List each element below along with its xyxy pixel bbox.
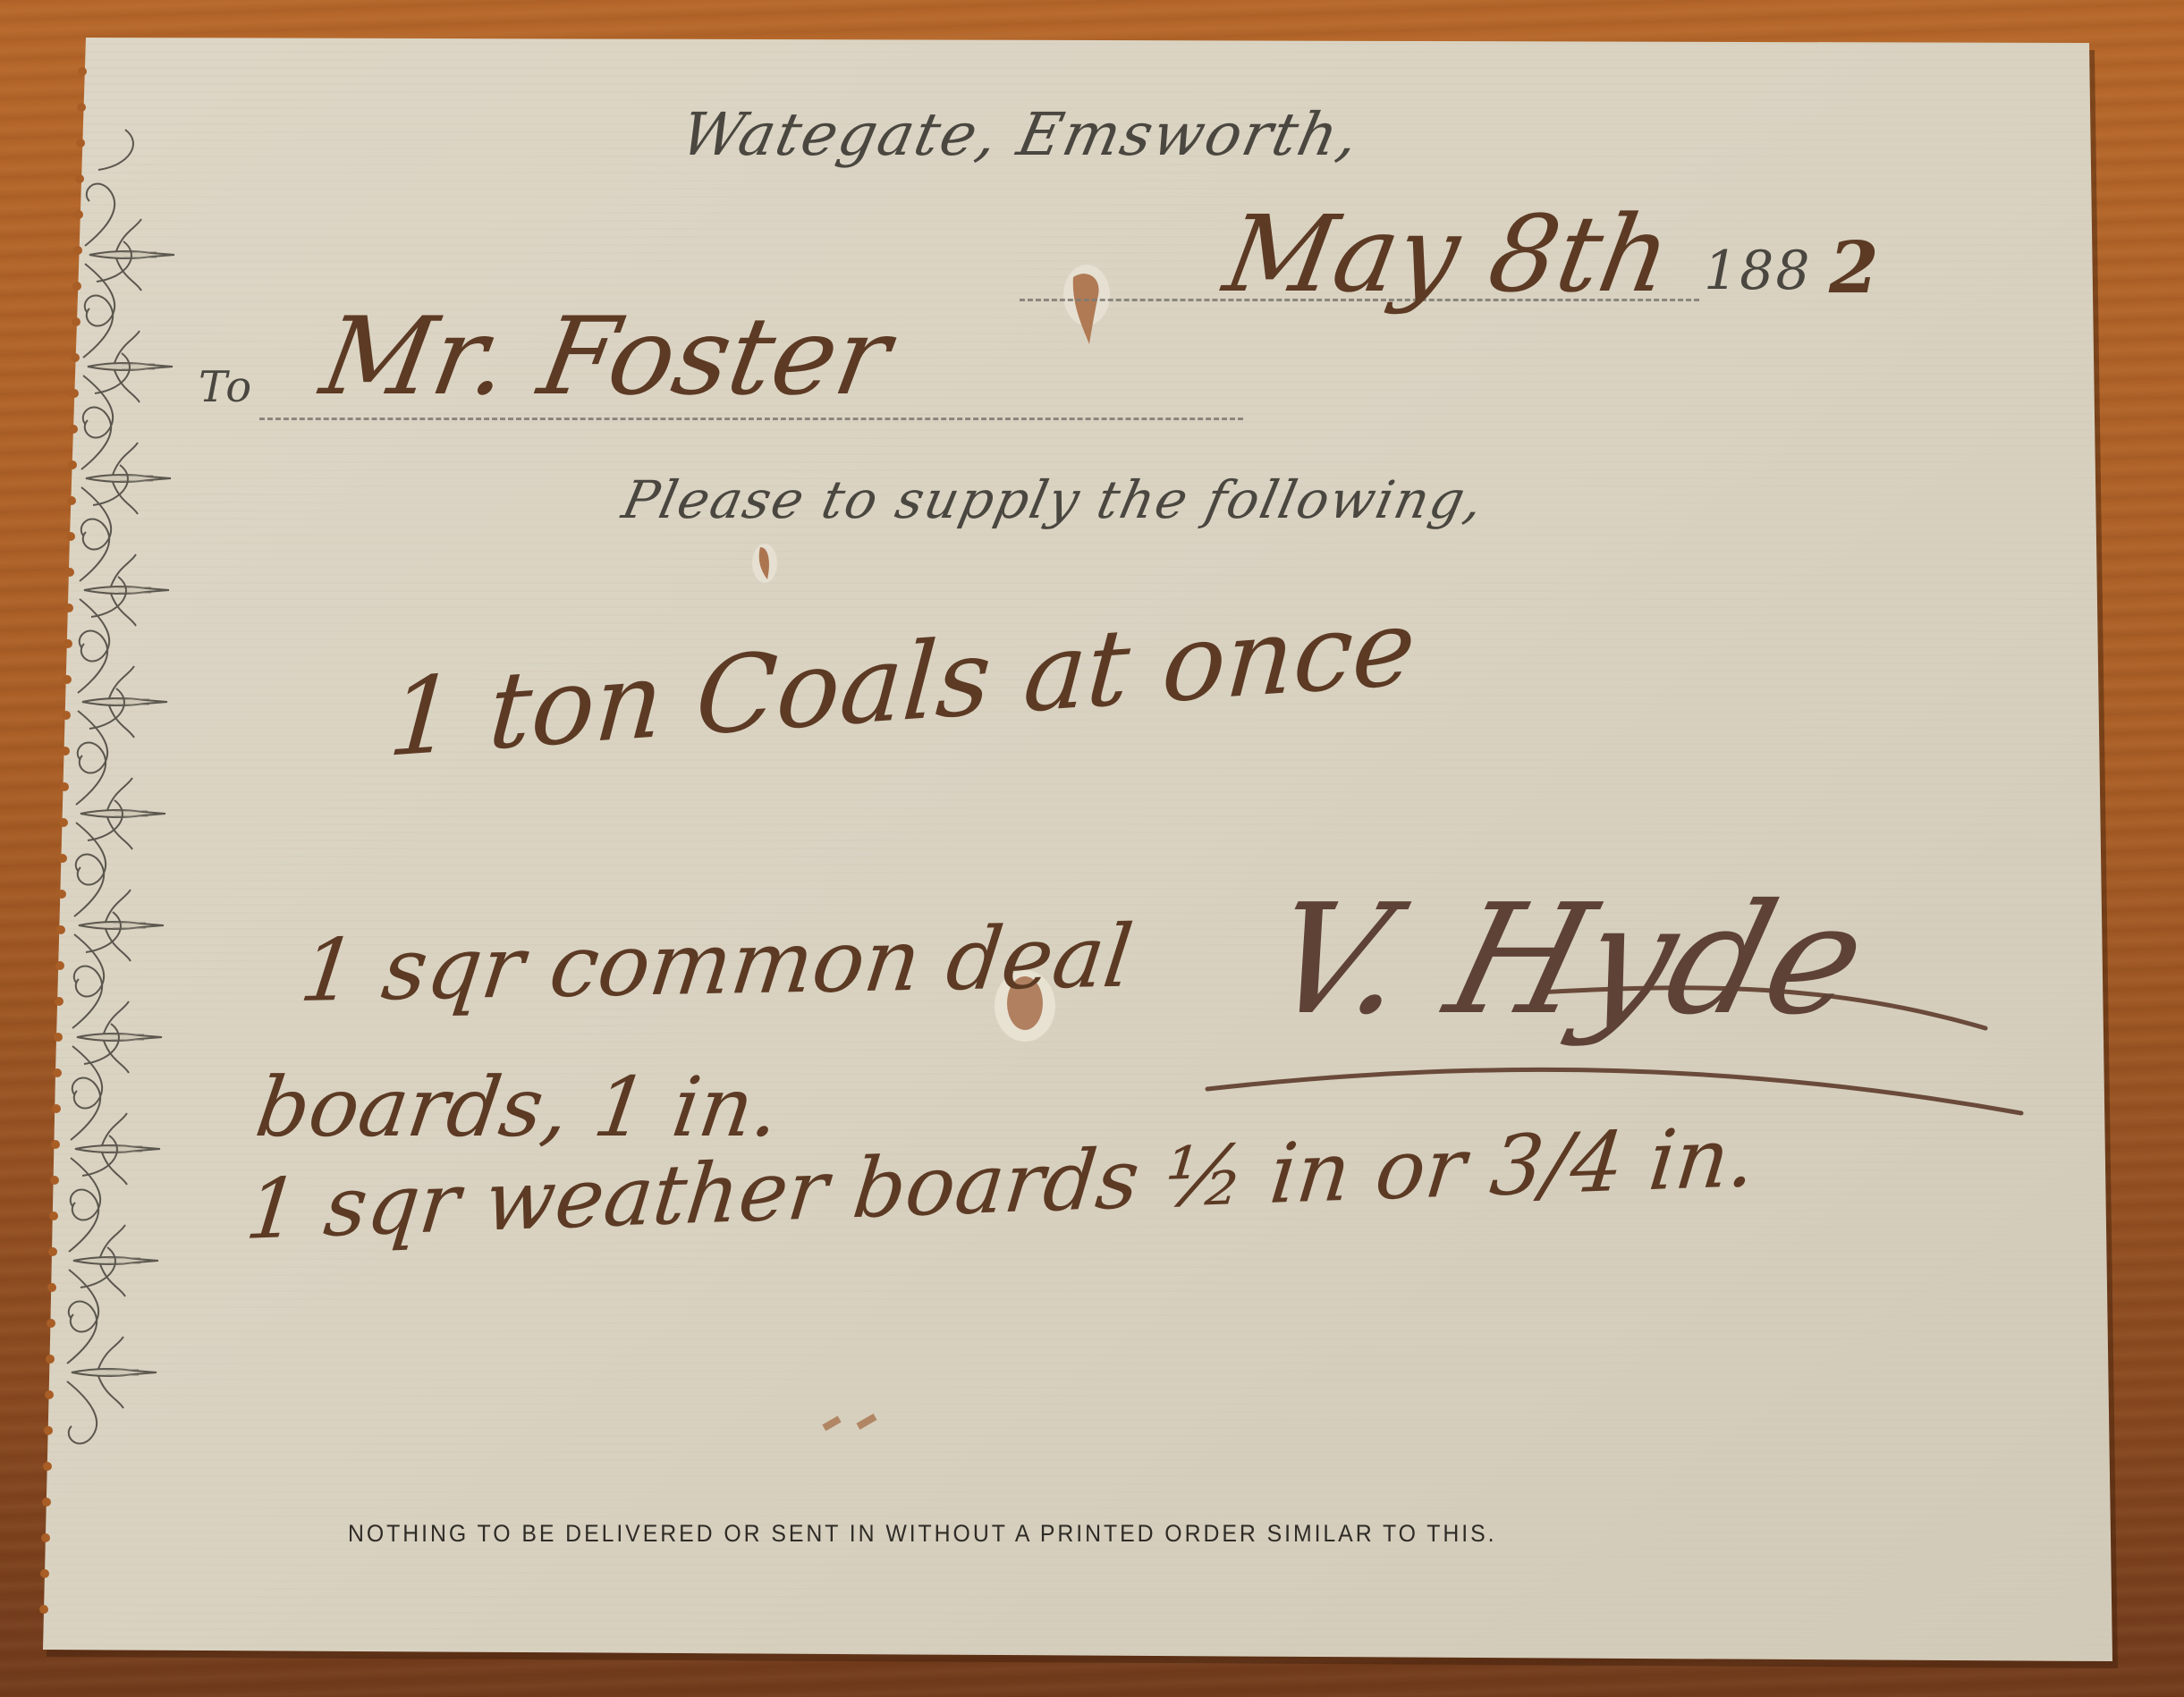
printed-address: Wategate, Emsworth, [675, 100, 1367, 169]
order-item-2-continuation: boards, 1 in. [250, 1060, 785, 1155]
order-item-2: 1 sqr common deal [295, 907, 1138, 1021]
printed-year: 188 [1704, 240, 1812, 302]
to-label: To [199, 362, 253, 412]
handwritten-date: May 8th [1216, 192, 1680, 316]
footer-notice: NOTHING TO BE DELIVERED OR SENT IN WITHO… [348, 1520, 1497, 1548]
handwritten-year-digit: 2 [1829, 225, 1879, 309]
order-form-paper: Wategate, Emsworth, May 8th 188 2 To Mr.… [0, 0, 2184, 1697]
signature: V. Hyde [1252, 872, 1882, 1049]
instruction-text: Please to supply the following, [617, 469, 1490, 530]
recipient-name: Mr. Foster [313, 295, 899, 419]
